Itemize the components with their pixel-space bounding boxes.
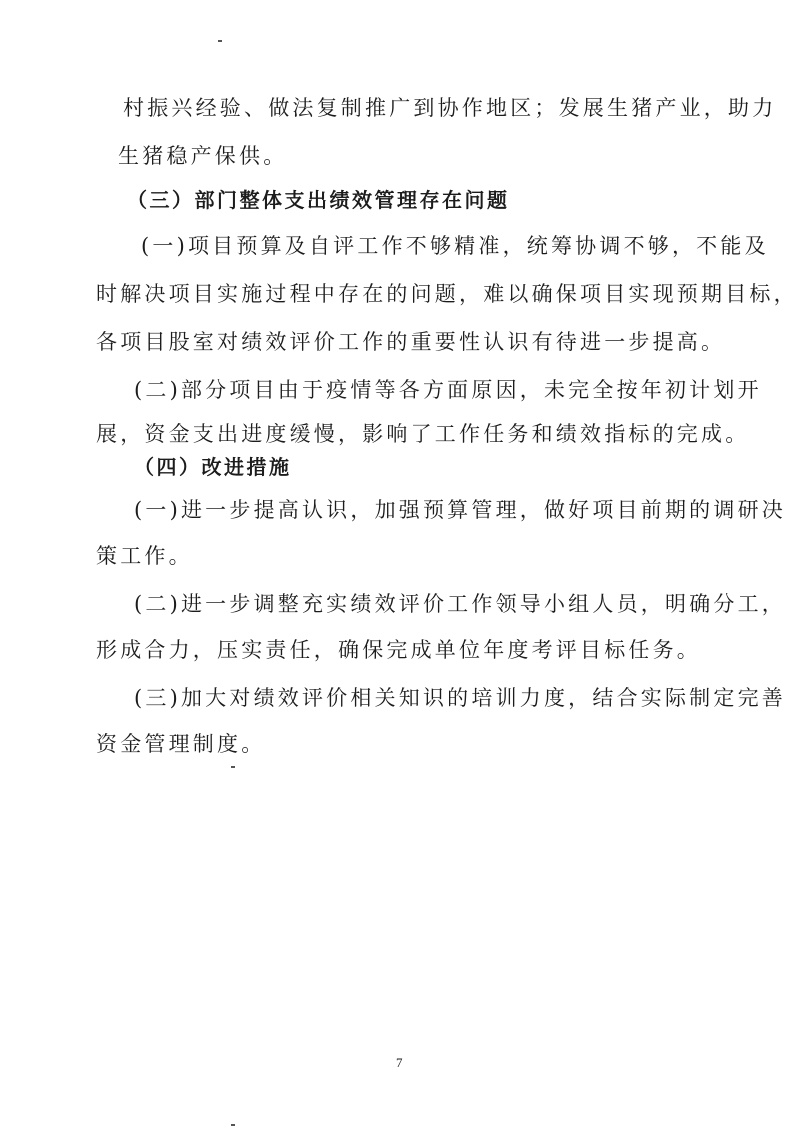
paragraph-line: 村振兴经验、做法复制推广到协作地区；发展生猪产业，助力 bbox=[123, 94, 776, 122]
paragraph-line: (一)进一步提高认识，加强预算管理，做好项目前期的调研决 bbox=[134, 496, 786, 524]
scan-speck bbox=[218, 40, 222, 42]
paragraph-line: (三)加大对绩效评价相关知识的培训力度，结合实际制定完善 bbox=[134, 684, 786, 712]
paragraph-line: (二)进一步调整充实绩效评价工作领导小组人员，明确分工， bbox=[134, 590, 786, 618]
paragraph-line: 时解决项目实施过程中存在的问题，难以确保项目实现预期目标， bbox=[96, 280, 798, 308]
page-number: 7 bbox=[396, 1055, 403, 1071]
paragraph-line: 展，资金支出进度缓慢，影响了工作任务和绩效指标的完成。 bbox=[96, 420, 749, 448]
paragraph-line: 策工作。 bbox=[96, 542, 193, 570]
paragraph-line: (一)项目预算及自评工作不够精准，统筹协调不够，不能及 bbox=[141, 232, 769, 260]
paragraph-line: (二)部分项目由于疫情等各方面原因，未完全按年初计划开 bbox=[134, 376, 762, 404]
section-heading-4: （四）改进措施 bbox=[134, 453, 292, 481]
scan-speck bbox=[231, 766, 235, 768]
paragraph-line: 资金管理制度。 bbox=[96, 730, 265, 758]
paragraph-line: 生猪稳产保供。 bbox=[118, 142, 287, 170]
section-heading-3: （三）部门整体支出绩效管理存在问题 bbox=[127, 186, 510, 214]
paragraph-line: 各项目股室对绩效评价工作的重要性认识有待进一步提高。 bbox=[96, 328, 725, 356]
scan-speck bbox=[231, 1124, 235, 1126]
paragraph-line: 形成合力，压实责任，确保完成单位年度考评目标任务。 bbox=[96, 636, 701, 664]
